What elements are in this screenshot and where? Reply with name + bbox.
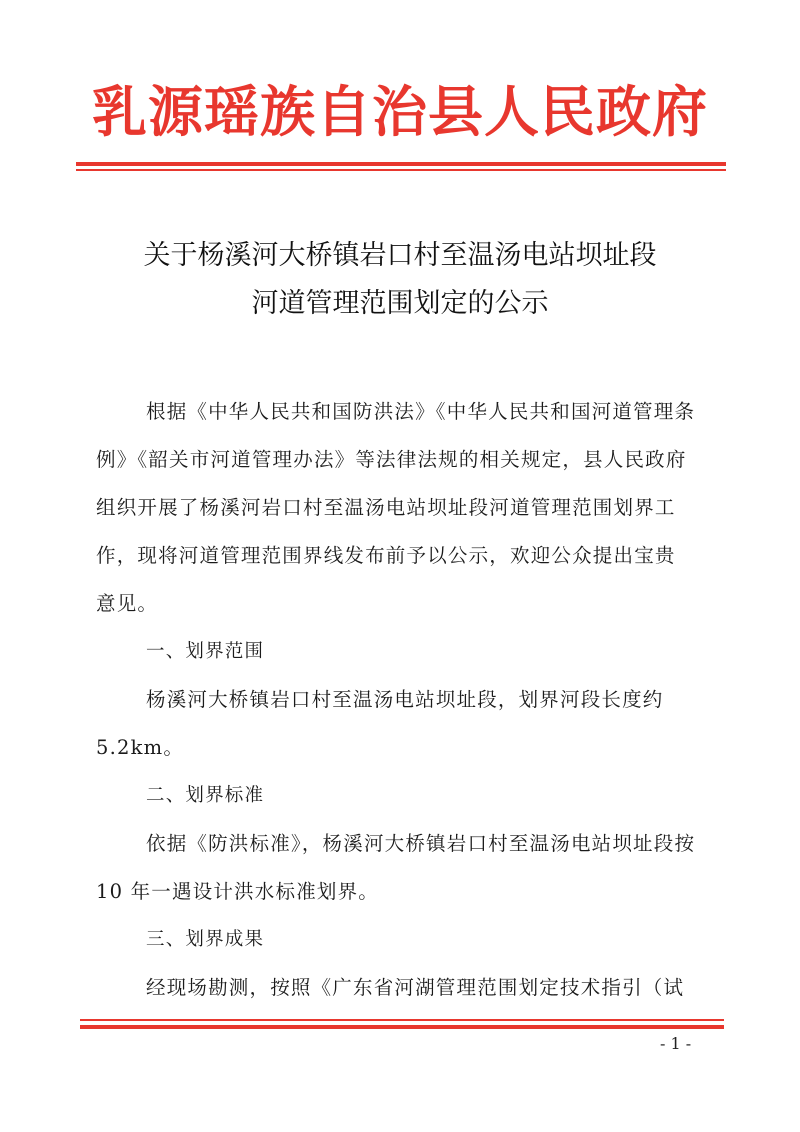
- issuer-masthead: 乳源瑶族自治县人民政府: [80, 72, 720, 152]
- section-line: 经现场勘测，按照《广东省河湖管理范围划定技术指引（试: [146, 974, 684, 1002]
- page-number: - 1 -: [660, 1034, 691, 1053]
- intro-line: 例》《韶关市河道管理办法》等法律法规的相关规定，县人民政府: [96, 446, 687, 474]
- notice-title-line-1: 关于杨溪河大桥镇岩口村至温汤电站坝址段: [100, 236, 700, 276]
- masthead-rule-thick: [76, 162, 726, 166]
- notice-title-line-2: 河道管理范围划定的公示: [100, 284, 700, 324]
- section-heading-results: 三、划界成果: [146, 926, 264, 954]
- section-line: 杨溪河大桥镇岩口村至温汤电站坝址段，划界河段长度约: [146, 686, 664, 714]
- section-line: 依据《防洪标准》，杨溪河大桥镇岩口村至温汤电站坝址段按: [146, 830, 695, 858]
- intro-line: 根据《中华人民共和国防洪法》《中华人民共和国河道管理条: [146, 398, 695, 426]
- section-heading-standard: 二、划界标准: [146, 782, 264, 810]
- masthead-rule-thin: [76, 169, 726, 171]
- footer-rule-thick: [80, 1025, 724, 1029]
- footer-rule-thin: [80, 1019, 724, 1021]
- section-line: 10 年一遇设计洪水标准划界。: [96, 878, 379, 906]
- intro-line: 作，现将河道管理范围界线发布前予以公示，欢迎公众提出宝贵: [96, 542, 676, 570]
- section-line: 5.2km。: [96, 734, 184, 762]
- intro-line: 意见。: [96, 590, 158, 618]
- section-heading-scope: 一、划界范围: [146, 638, 264, 666]
- intro-line: 组织开展了杨溪河岩口村至温汤电站坝址段河道管理范围划界工: [96, 494, 676, 522]
